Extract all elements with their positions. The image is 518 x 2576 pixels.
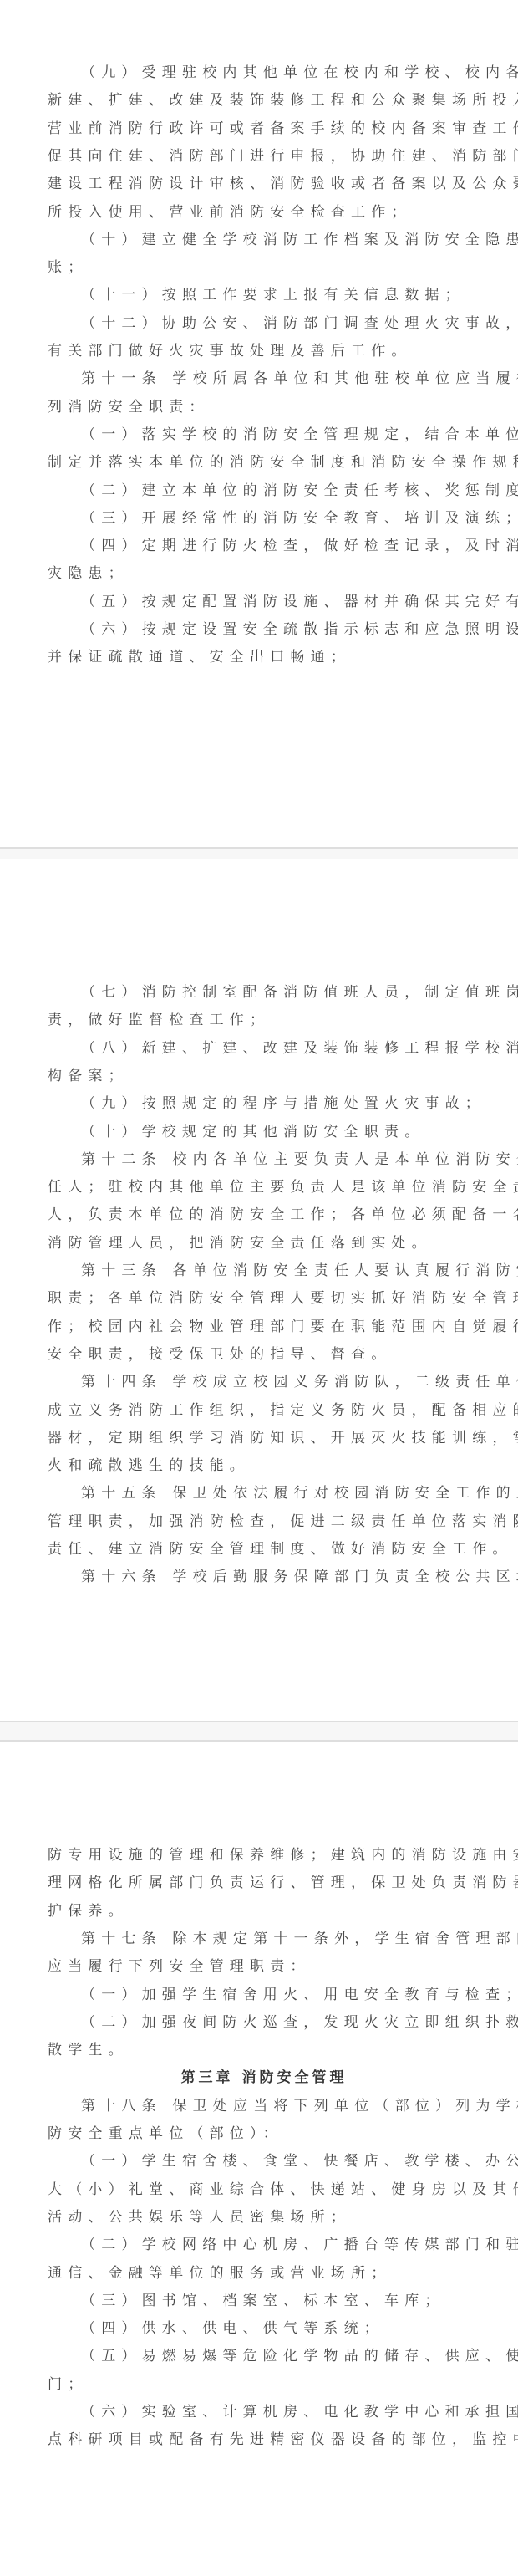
text-line: 通信、金融等单位的服务或营业场所； xyxy=(48,2259,391,2288)
text-line: （五）按规定配置消防设施、器材并确保其完好有效； xyxy=(81,588,518,616)
article-line: 第十七条 除本规定第十一条外，学生宿舍管理部门还 xyxy=(81,1925,518,1953)
text-line: （六）按规定设置安全疏散指示标志和应急照明设施， xyxy=(81,615,518,644)
text-line: （十二）协助公安、消防部门调查处理火灾事故，协助 xyxy=(81,309,518,338)
text-line: 管理职责，加强消防检查，促进二级责任单位落实消防安全 xyxy=(48,1507,518,1536)
text-line: 成立义务消防工作组织，指定义务防火员，配备相应的消防 xyxy=(48,1396,518,1425)
chapter-heading: 第三章 消防安全管理 xyxy=(48,2063,480,2092)
text-line: 灾隐患； xyxy=(48,559,129,588)
text-line: （二）学校网络中心机房、广播台等传媒部门和驻校内 xyxy=(81,2231,518,2259)
text-line: （一）学生宿舍楼、食堂、快餐店、教学楼、办公楼、 xyxy=(81,2147,518,2176)
text-line: 作；校园内社会物业管理部门要在职能范围内自觉履行消防 xyxy=(48,1313,518,1341)
text-line: 列消防安全职责： xyxy=(48,393,210,421)
text-line: （二）加强夜间防火巡查，发现火灾立即组织扑救和疏 xyxy=(81,2008,518,2037)
text-line: 建设工程消防设计审核、消防验收或者备案以及公众聚集场 xyxy=(48,170,518,198)
text-line: 防专用设施的管理和保养维修；建筑内的消防设施由安全管 xyxy=(48,1841,518,1870)
text-line: 责任、建立消防安全管理制度、做好消防安全工作。 xyxy=(48,1535,513,1563)
text-line: 责，做好监督检查工作； xyxy=(48,1006,270,1034)
text-line: 并保证疏散通道、安全出口畅通； xyxy=(48,643,351,671)
page-separator xyxy=(0,847,518,859)
text-line: 理网格化所属部门负责运行、管理，保卫处负责消防器材维 xyxy=(48,1869,518,1897)
text-line: 门； xyxy=(48,2370,88,2399)
text-line: 防安全重点单位（部位）： xyxy=(48,2119,283,2148)
article-line: 第十五条 保卫处依法履行对校园消防安全工作的监督 xyxy=(81,1479,518,1507)
text-line: （四）供水、供电、供气等系统； xyxy=(81,2314,384,2343)
text-line: 散学生。 xyxy=(48,2036,129,2064)
text-line: （七）消防控制室配备消防值班人员，制定值班岗位职 xyxy=(81,978,518,1007)
article-line: 第十八条 保卫处应当将下列单位（部位）列为学校消 xyxy=(81,2092,518,2120)
text-line: 构备案； xyxy=(48,1062,129,1090)
text-line: 所投入使用、营业前消防安全检查工作； xyxy=(48,198,412,227)
text-line: （一）加强学生宿舍用火、用电安全教育与检查； xyxy=(81,1981,518,2009)
text-line: （六）实验室、计算机房、电化教学中心和承担国家重 xyxy=(81,2398,518,2426)
text-line: （八）新建、扩建、改建及装饰装修工程报学校消防机 xyxy=(81,1034,518,1063)
document-page-1: （九）受理驻校内其他单位在校内和学校、校内各单位 新建、扩建、改建及装饰装修工程… xyxy=(0,0,518,847)
text-line: 大（小）礼堂、商业综合体、快递站、健身房以及其他文体 xyxy=(48,2176,518,2204)
text-line: 有关部门做好火灾事故处理及善后工作。 xyxy=(48,337,412,365)
text-line: （九）按照规定的程序与措施处置火灾事故； xyxy=(81,1089,485,1118)
text-line: 器材，定期组织学习消防知识、开展灭火技能训练，掌握防 xyxy=(48,1424,518,1452)
article-line: 第十一条 学校所属各单位和其他驻校单位应当履行下 xyxy=(81,365,518,393)
article-line: 第十三条 各单位消防安全责任人要认真履行消防安全 xyxy=(81,1257,518,1285)
text-line: 促其向住建、消防部门进行申报，协助住建、消防部门进行 xyxy=(48,142,518,171)
text-line: 营业前消防行政许可或者备案手续的校内备案审查工作，督 xyxy=(48,115,518,143)
article-line: 第十四条 学校成立校园义务消防队，二级责任单位要 xyxy=(81,1368,518,1396)
text-line: 火和疏散逃生的技能。 xyxy=(48,1451,250,1480)
page-separator xyxy=(0,1721,518,1742)
text-line: 应当履行下列安全管理职责： xyxy=(48,1952,311,1981)
document-page-2: （七）消防控制室配备消防值班人员，制定值班岗位职 责，做好监督检查工作； （八）… xyxy=(0,859,518,1721)
article-line: 第十六条 学校后勤服务保障部门负责全校公共区域消 xyxy=(81,1563,518,1591)
text-line: 安全职责，接受保卫处的指导、督查。 xyxy=(48,1340,391,1369)
text-line: （四）定期进行防火检查，做好检查记录，及时消除火 xyxy=(81,532,518,560)
text-line: 护保养。 xyxy=(48,1897,129,1926)
text-line: 消防管理人员，把消防安全责任落到实处。 xyxy=(48,1229,432,1257)
text-line: （九）受理驻校内其他单位在校内和学校、校内各单位 xyxy=(81,59,518,87)
text-line: （十）学校规定的其他消防安全职责。 xyxy=(81,1118,424,1146)
text-line: 制定并落实本单位的消防安全制度和消防安全操作规程； xyxy=(48,448,518,477)
text-line: （二）建立本单位的消防安全责任考核、奖惩制度； xyxy=(81,477,518,505)
document-page-3: 防专用设施的管理和保养维修；建筑内的消防设施由安全管 理网格化所属部门负责运行、… xyxy=(0,1742,518,2576)
text-line: （十）建立健全学校消防工作档案及消防安全隐患台 xyxy=(81,226,518,254)
article-line: 第十二条 校内各单位主要负责人是本单位消防安全责 xyxy=(81,1145,518,1174)
text-line: 点科研项目或配备有先进精密仪器设备的部位，监控中心、 xyxy=(48,2426,518,2454)
text-line: （三）图书馆、档案室、标本室、车库； xyxy=(81,2287,445,2315)
text-line: 新建、扩建、改建及装饰装修工程和公众聚集场所投入使用、 xyxy=(48,86,518,115)
text-line: 活动、公共娱乐等人员密集场所； xyxy=(48,2203,351,2232)
text-line: 职责；各单位消防安全管理人要切实抓好消防安全管理工 xyxy=(48,1284,518,1313)
text-line: （十一）按照工作要求上报有关信息数据； xyxy=(81,281,465,309)
text-line: 账； xyxy=(48,253,88,282)
text-line: 人，负责本单位的消防安全工作；各单位必须配备一名兼职 xyxy=(48,1201,518,1229)
text-line: （一）落实学校的消防安全管理规定，结合本单位实际 xyxy=(81,421,518,449)
text-line: （五）易燃易爆等危险化学物品的储存、供应、使用部 xyxy=(81,2342,518,2370)
text-line: 任人；驻校内其他单位主要负责人是该单位消防安全责任 xyxy=(48,1173,518,1201)
text-line: （三）开展经常性的消防安全教育、培训及演练； xyxy=(81,504,518,533)
